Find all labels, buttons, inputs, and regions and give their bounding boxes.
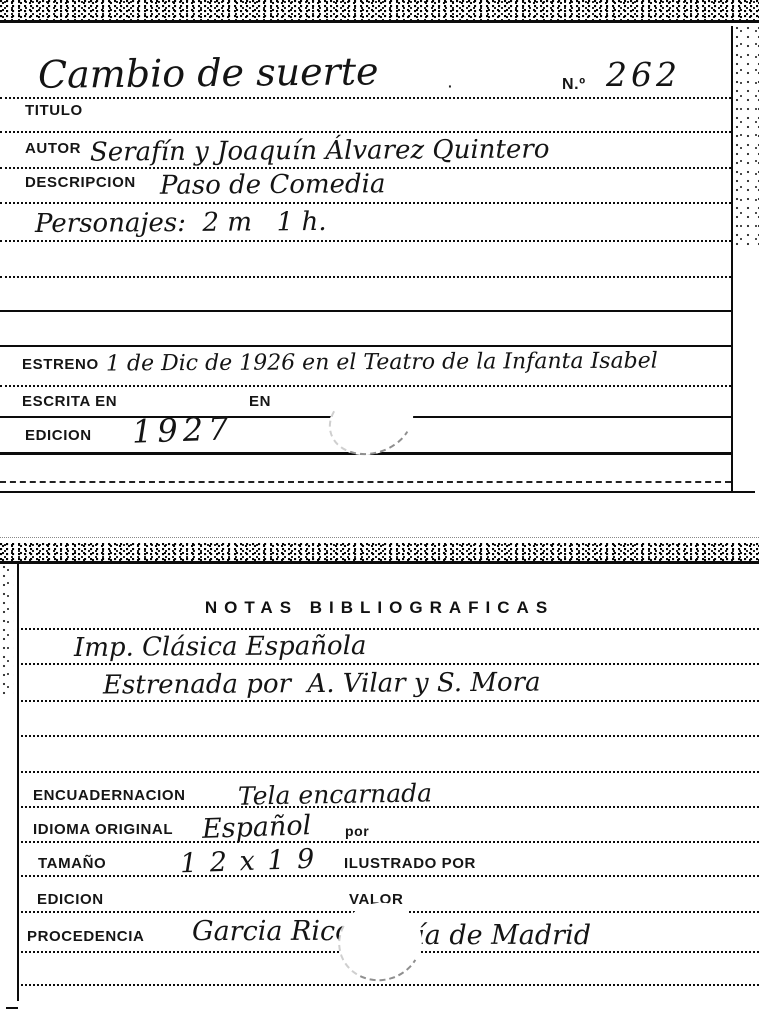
rule-line bbox=[17, 984, 759, 986]
scan-noise-left-edge bbox=[2, 565, 14, 695]
idioma-original-label: IDIOMA ORIGINAL bbox=[33, 821, 173, 838]
nota-estreno-handwritten: Estrenada por A. Vilar y S. Mora bbox=[103, 669, 541, 698]
tamano-label: TAMAÑO bbox=[38, 855, 106, 872]
rule-line bbox=[0, 345, 731, 347]
rule-line bbox=[0, 131, 731, 133]
scan-noise-band-top bbox=[0, 0, 759, 23]
rule-line bbox=[0, 240, 731, 242]
rule-line bbox=[17, 771, 759, 773]
rule-line bbox=[17, 663, 759, 665]
scan-noise-faint-row bbox=[0, 537, 759, 538]
card-number-handwritten: 262 bbox=[606, 58, 681, 91]
rule-line bbox=[17, 841, 759, 843]
personajes-handwritten: Personajes: 2 m 1 h. bbox=[35, 209, 327, 237]
rule-line bbox=[0, 385, 731, 387]
rule-line bbox=[17, 875, 759, 877]
escrita-en-label: ESCRITA EN bbox=[22, 393, 117, 410]
ilustrado-por-label: ILUSTRADO POR bbox=[344, 855, 476, 872]
card-front-bottom-edge bbox=[0, 491, 755, 493]
en-label: EN bbox=[249, 393, 271, 410]
card-front-bottom-dashed-edge bbox=[0, 481, 731, 483]
nota-imprenta-handwritten: Imp. Clásica Española bbox=[74, 633, 367, 661]
procedencia-value-left-handwritten: Garcia Rico bbox=[192, 918, 351, 945]
descripcion-value-handwritten: Paso de Comedia bbox=[160, 171, 386, 199]
rule-line bbox=[0, 310, 731, 312]
rule-line bbox=[17, 735, 759, 737]
rule-line bbox=[0, 276, 731, 278]
scan-stray-dash bbox=[6, 1007, 18, 1009]
rule-line bbox=[0, 97, 731, 99]
rule-line bbox=[0, 202, 731, 204]
numero-label: N.º bbox=[562, 76, 586, 94]
estreno-label: ESTRENO bbox=[22, 356, 99, 373]
autor-label: AUTOR bbox=[25, 140, 81, 157]
edicion-label: EDICION bbox=[25, 427, 92, 444]
erasure-blotch bbox=[329, 893, 430, 990]
tamano-value-handwritten: 1 2 x 1 9 bbox=[180, 846, 317, 878]
edicion-value-handwritten: 1927 bbox=[131, 412, 233, 448]
card-front-right-border bbox=[731, 26, 733, 492]
scan-noise-right-edge bbox=[735, 26, 759, 251]
rule-line bbox=[17, 628, 759, 630]
scan-noise-band-card2 bbox=[0, 543, 759, 564]
card-back-left-border bbox=[17, 561, 19, 1001]
edicion-back-label: EDICION bbox=[37, 891, 104, 908]
stray-mark: · bbox=[448, 78, 453, 94]
procedencia-value-right-handwritten: ía de Madrid bbox=[416, 922, 591, 949]
title-handwritten: Cambio de suerte bbox=[38, 52, 379, 94]
catalog-card-scan: TITULO AUTOR DESCRIPCION ESTRENO ESCRITA… bbox=[0, 0, 759, 1028]
autor-value-handwritten: Serafín y Joaquín Álvarez Quintero bbox=[90, 136, 550, 165]
encuadernacion-value-handwritten: Tela encarnada bbox=[238, 780, 432, 808]
procedencia-label: PROCEDENCIA bbox=[27, 928, 144, 945]
estreno-value-handwritten: 1 de Dic de 1926 en el Teatro de la Infa… bbox=[106, 351, 658, 376]
por-label: por bbox=[345, 823, 369, 839]
notas-bibliograficas-header: NOTAS BIBLIOGRAFICAS bbox=[0, 598, 759, 618]
idioma-value-handwritten: Español bbox=[202, 812, 312, 843]
encuadernacion-label: ENCUADERNACION bbox=[33, 787, 186, 804]
titulo-label: TITULO bbox=[25, 102, 83, 119]
descripcion-label: DESCRIPCION bbox=[25, 174, 136, 191]
